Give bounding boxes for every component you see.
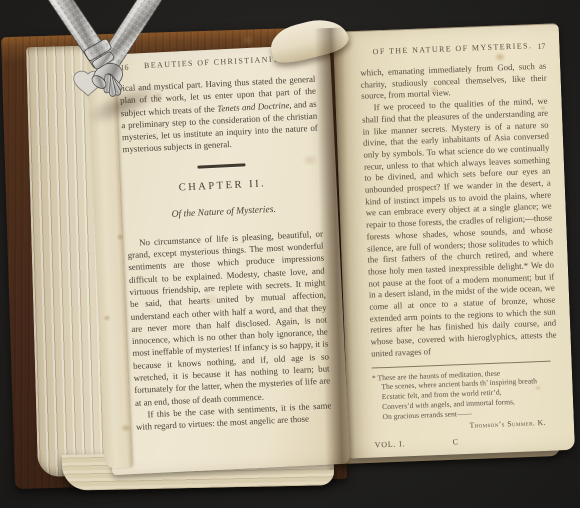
right-page-header: OF THE NATURE OF MYSTERIES. 17 <box>359 41 545 62</box>
chapter-subtitle: Of the Nature of Mysteries. <box>126 201 322 222</box>
chapter-heading: CHAPTER II. <box>124 175 320 196</box>
volume-label: VOL. I. <box>374 439 405 449</box>
right-page: OF THE NATURE OF MYSTERIES. 17 which, em… <box>333 23 575 458</box>
page-footer: VOL. I. C <box>374 433 560 452</box>
book-photo: OF THE NATURE OF MYSTERIES. 17 which, em… <box>0 0 580 508</box>
paragraph-italic-text: Tenets and Doctrine, <box>217 100 292 114</box>
body-paragraph: No circumstance of life is pleasing, bea… <box>127 227 331 409</box>
running-head: OF THE NATURE OF MYSTERIES. <box>359 41 545 57</box>
footnote: * These are the haunts of meditation, th… <box>372 366 560 435</box>
signature-mark: C <box>453 437 459 446</box>
hand-clasp-icon <box>36 0 186 134</box>
body-paragraph: If we proceed to the qualities of the mi… <box>362 96 558 360</box>
page-number: 17 <box>537 42 545 51</box>
section-divider <box>197 163 245 168</box>
